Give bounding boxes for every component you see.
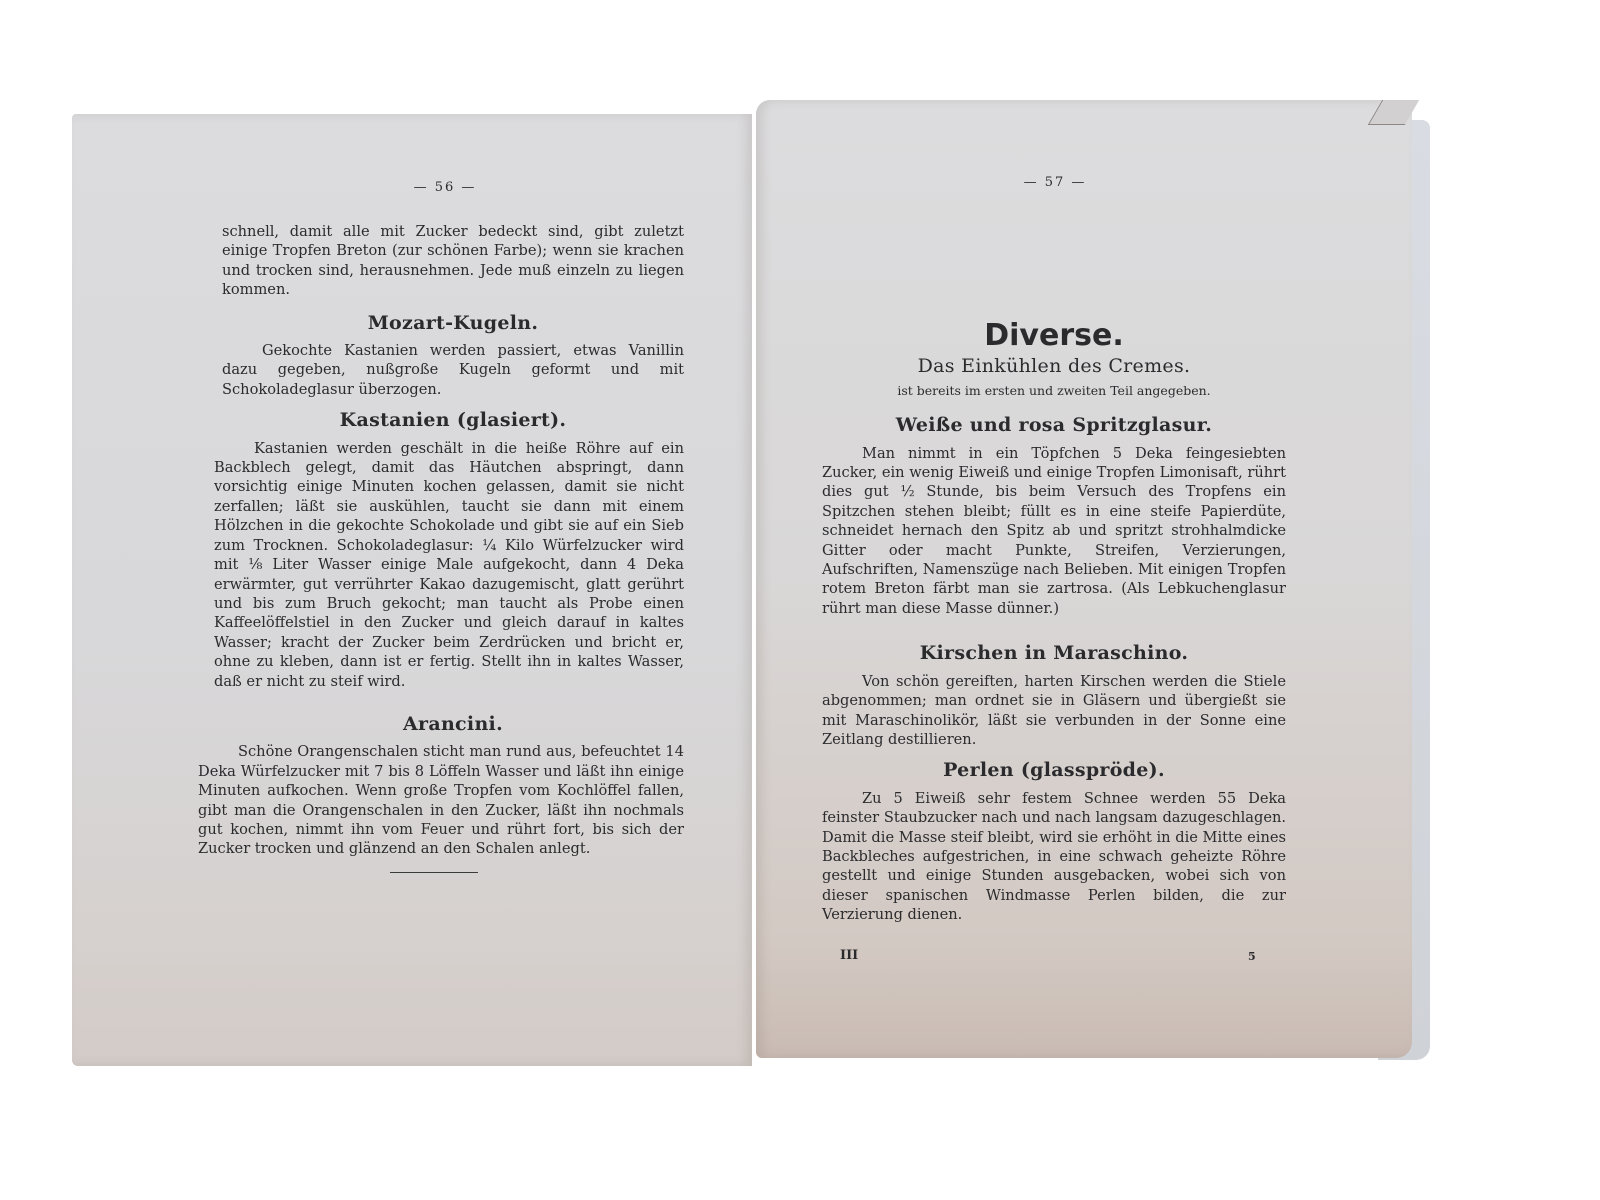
right-page-text: Diverse. Das Einkühlen des Cremes. ist b… [822,326,1286,925]
heading-kirschen-maraschino: Kirschen in Maraschino. [822,644,1286,663]
paragraph-arancini: Schöne Orangenschalen sticht man rund au… [198,742,684,858]
paragraph-spritzglasur: Man nimmt in ein Töpfchen 5 Deka feinges… [822,444,1286,619]
continuation-paragraph: schnell, damit alle mit Zucker bedeckt s… [222,222,684,300]
heading-kastanien-glasiert: Kastanien (glasiert). [222,411,684,430]
paragraph-perlen-glasproede: Zu 5 Eiweiß sehr festem Schnee werden 55… [822,789,1286,925]
section-end-rule [390,872,478,873]
heading-perlen-glasproede: Perlen (glasspröde). [822,761,1286,780]
paragraph-mozart-kugeln: Gekochte Kastanien werden passiert, etwa… [222,341,684,399]
heading-einkuehlen-cremes: Das Einkühlen des Cremes. [822,357,1286,376]
note-einkuehlen-cremes: ist bereits im ersten und zweiten Teil a… [822,381,1286,400]
chapter-title-diverse: Diverse. [822,326,1286,345]
dog-ear-corner [1368,100,1419,125]
heading-mozart-kugeln: Mozart-Kugeln. [222,314,684,333]
page-number-right: — 57 — [1010,175,1100,190]
sheet-number: 5 [1248,950,1256,963]
paragraph-kastanien-glasiert: Kastanien werden geschält in die heiße R… [214,439,684,691]
page-number-left: — 56 — [400,180,490,195]
heading-spritzglasur: Weiße und rosa Spritzglasur. [822,416,1286,435]
signature-mark: III [840,948,858,963]
paragraph-kirschen-maraschino: Von schön gereiften, harten Kirschen wer… [822,672,1286,750]
left-page-text: schnell, damit alle mit Zucker bedeckt s… [222,222,684,859]
heading-arancini: Arancini. [222,715,684,734]
